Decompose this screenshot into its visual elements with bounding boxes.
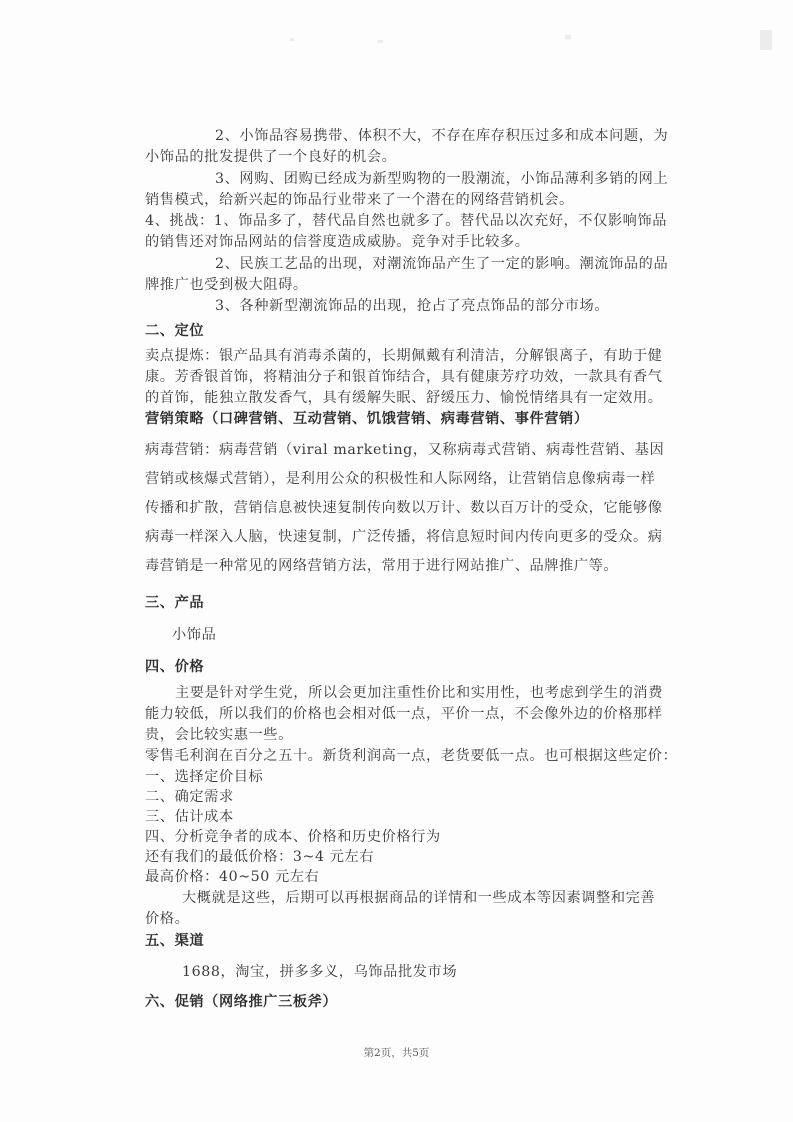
pricing-step: 一、选择定价目标	[145, 768, 263, 786]
product-text: 小饰品	[172, 626, 216, 644]
section-heading-positioning: 二、定位	[145, 322, 204, 340]
page-number-footer: 第2页，共5页	[0, 1045, 793, 1060]
selling-point-line: 卖点提炼：银产品具有消毒杀菌的，长期佩戴有利清洁，分解银离子，有助于健	[145, 347, 663, 365]
scan-artifact	[565, 35, 571, 39]
price-line: 大概就是这些，后期可以再根据商品的详情和一些成本等因素调整和完善	[145, 889, 655, 907]
pricing-step: 四、分析竞争者的成本、价格和历史价格行为	[145, 828, 441, 846]
price-line: 贵，会比较实惠一些。	[145, 726, 293, 744]
text-line: 2、小饰品容易携带、体积不大，不存在库存积压过多和成本问题，为	[145, 127, 668, 145]
text-line: 3、网购、团购已经成为新型购物的一股潮流，小饰品薄利多销的网上	[145, 170, 668, 188]
document-page: 2、小饰品容易携带、体积不大，不存在库存积压过多和成本问题，为 小饰品的批发提供…	[0, 0, 793, 1122]
section-heading-channel: 五、渠道	[145, 932, 204, 950]
pricing-step: 二、确定需求	[145, 788, 234, 806]
channel-list: 1688，淘宝，拼多多义，乌饰品批发市场	[182, 963, 457, 981]
viral-marketing-line: 传播和扩散，营销信息被快速复制传向数以万计、数以百万计的受众，它能够像	[145, 499, 663, 517]
scan-artifact	[760, 30, 772, 50]
lowest-price: 还有我们的最低价格：3~4 元左右	[145, 848, 374, 866]
highest-price: 最高价格：40~50 元左右	[145, 868, 319, 886]
text-line: 的销售还对饰品网站的信誉度造成威胁。竞争对手比较多。	[145, 233, 529, 251]
viral-marketing-line: 病毒营销：病毒营销（viral marketing，又称病毒式营销、病毒性营销、…	[145, 441, 664, 459]
price-line: 能力较低，所以我们的价格也会相对低一点，平价一点，不会像外边的价格那样	[145, 705, 663, 723]
selling-point-line: 的首饰，能独立散发香气，具有缓解失眠、舒缓压力、愉悦情绪具有一定效用。	[145, 389, 663, 407]
viral-marketing-line: 毒营销是一种常见的网络营销方法，常用于进行网站推广、品牌推广等。	[145, 557, 618, 575]
text-line: 牌推广也受到极大阻碍。	[145, 276, 308, 294]
section-heading-promotion: 六、促销（网络推广三板斧）	[145, 993, 337, 1011]
scan-artifact	[378, 40, 383, 43]
text-line: 销售模式，给新兴起的饰品行业带来了一个潜在的网络营销机会。	[145, 191, 574, 209]
section-heading-price: 四、价格	[145, 658, 204, 676]
scan-artifact	[290, 38, 294, 41]
price-line: 零售毛利润在百分之五十。新货利润高一点，老货要低一点。也可根据这些定价：	[145, 747, 677, 765]
price-line: 主要是针对学生党，所以会更加注重性价比和实用性，也考虑到学生的消费	[145, 684, 663, 702]
text-line: 3、各种新型潮流饰品的出现，抢占了亮点饰品的部分市场。	[145, 297, 609, 315]
pricing-step: 三、估计成本	[145, 808, 234, 826]
section-heading-product: 三、产品	[145, 594, 204, 612]
selling-point-line: 康。芳香银首饰，将精油分子和银首饰结合，具有健康芳疗功效，一款具有香气	[145, 368, 663, 386]
marketing-strategy-heading: 营销策略（口碑营销、互动营销、饥饿营销、病毒营销、事件营销）	[145, 410, 589, 428]
viral-marketing-line: 营销或核爆式营销），是利用公众的积极性和人际网络，让营销信息像病毒一样	[145, 470, 655, 488]
challenge-line: 4、挑战：1、饰品多了，替代品自然也就多了。替代品以次充好，不仅影响饰品	[145, 212, 667, 230]
text-line: 小饰品的批发提供了一个良好的机会。	[145, 148, 396, 166]
text-line: 2、民族工艺品的出现，对潮流饰品产生了一定的影响。潮流饰品的品	[145, 255, 668, 273]
price-line: 价格。	[145, 910, 189, 928]
viral-marketing-line: 病毒一样深入人脑，快速复制，广泛传播，将信息短时间内传向更多的受众。病	[145, 528, 663, 546]
